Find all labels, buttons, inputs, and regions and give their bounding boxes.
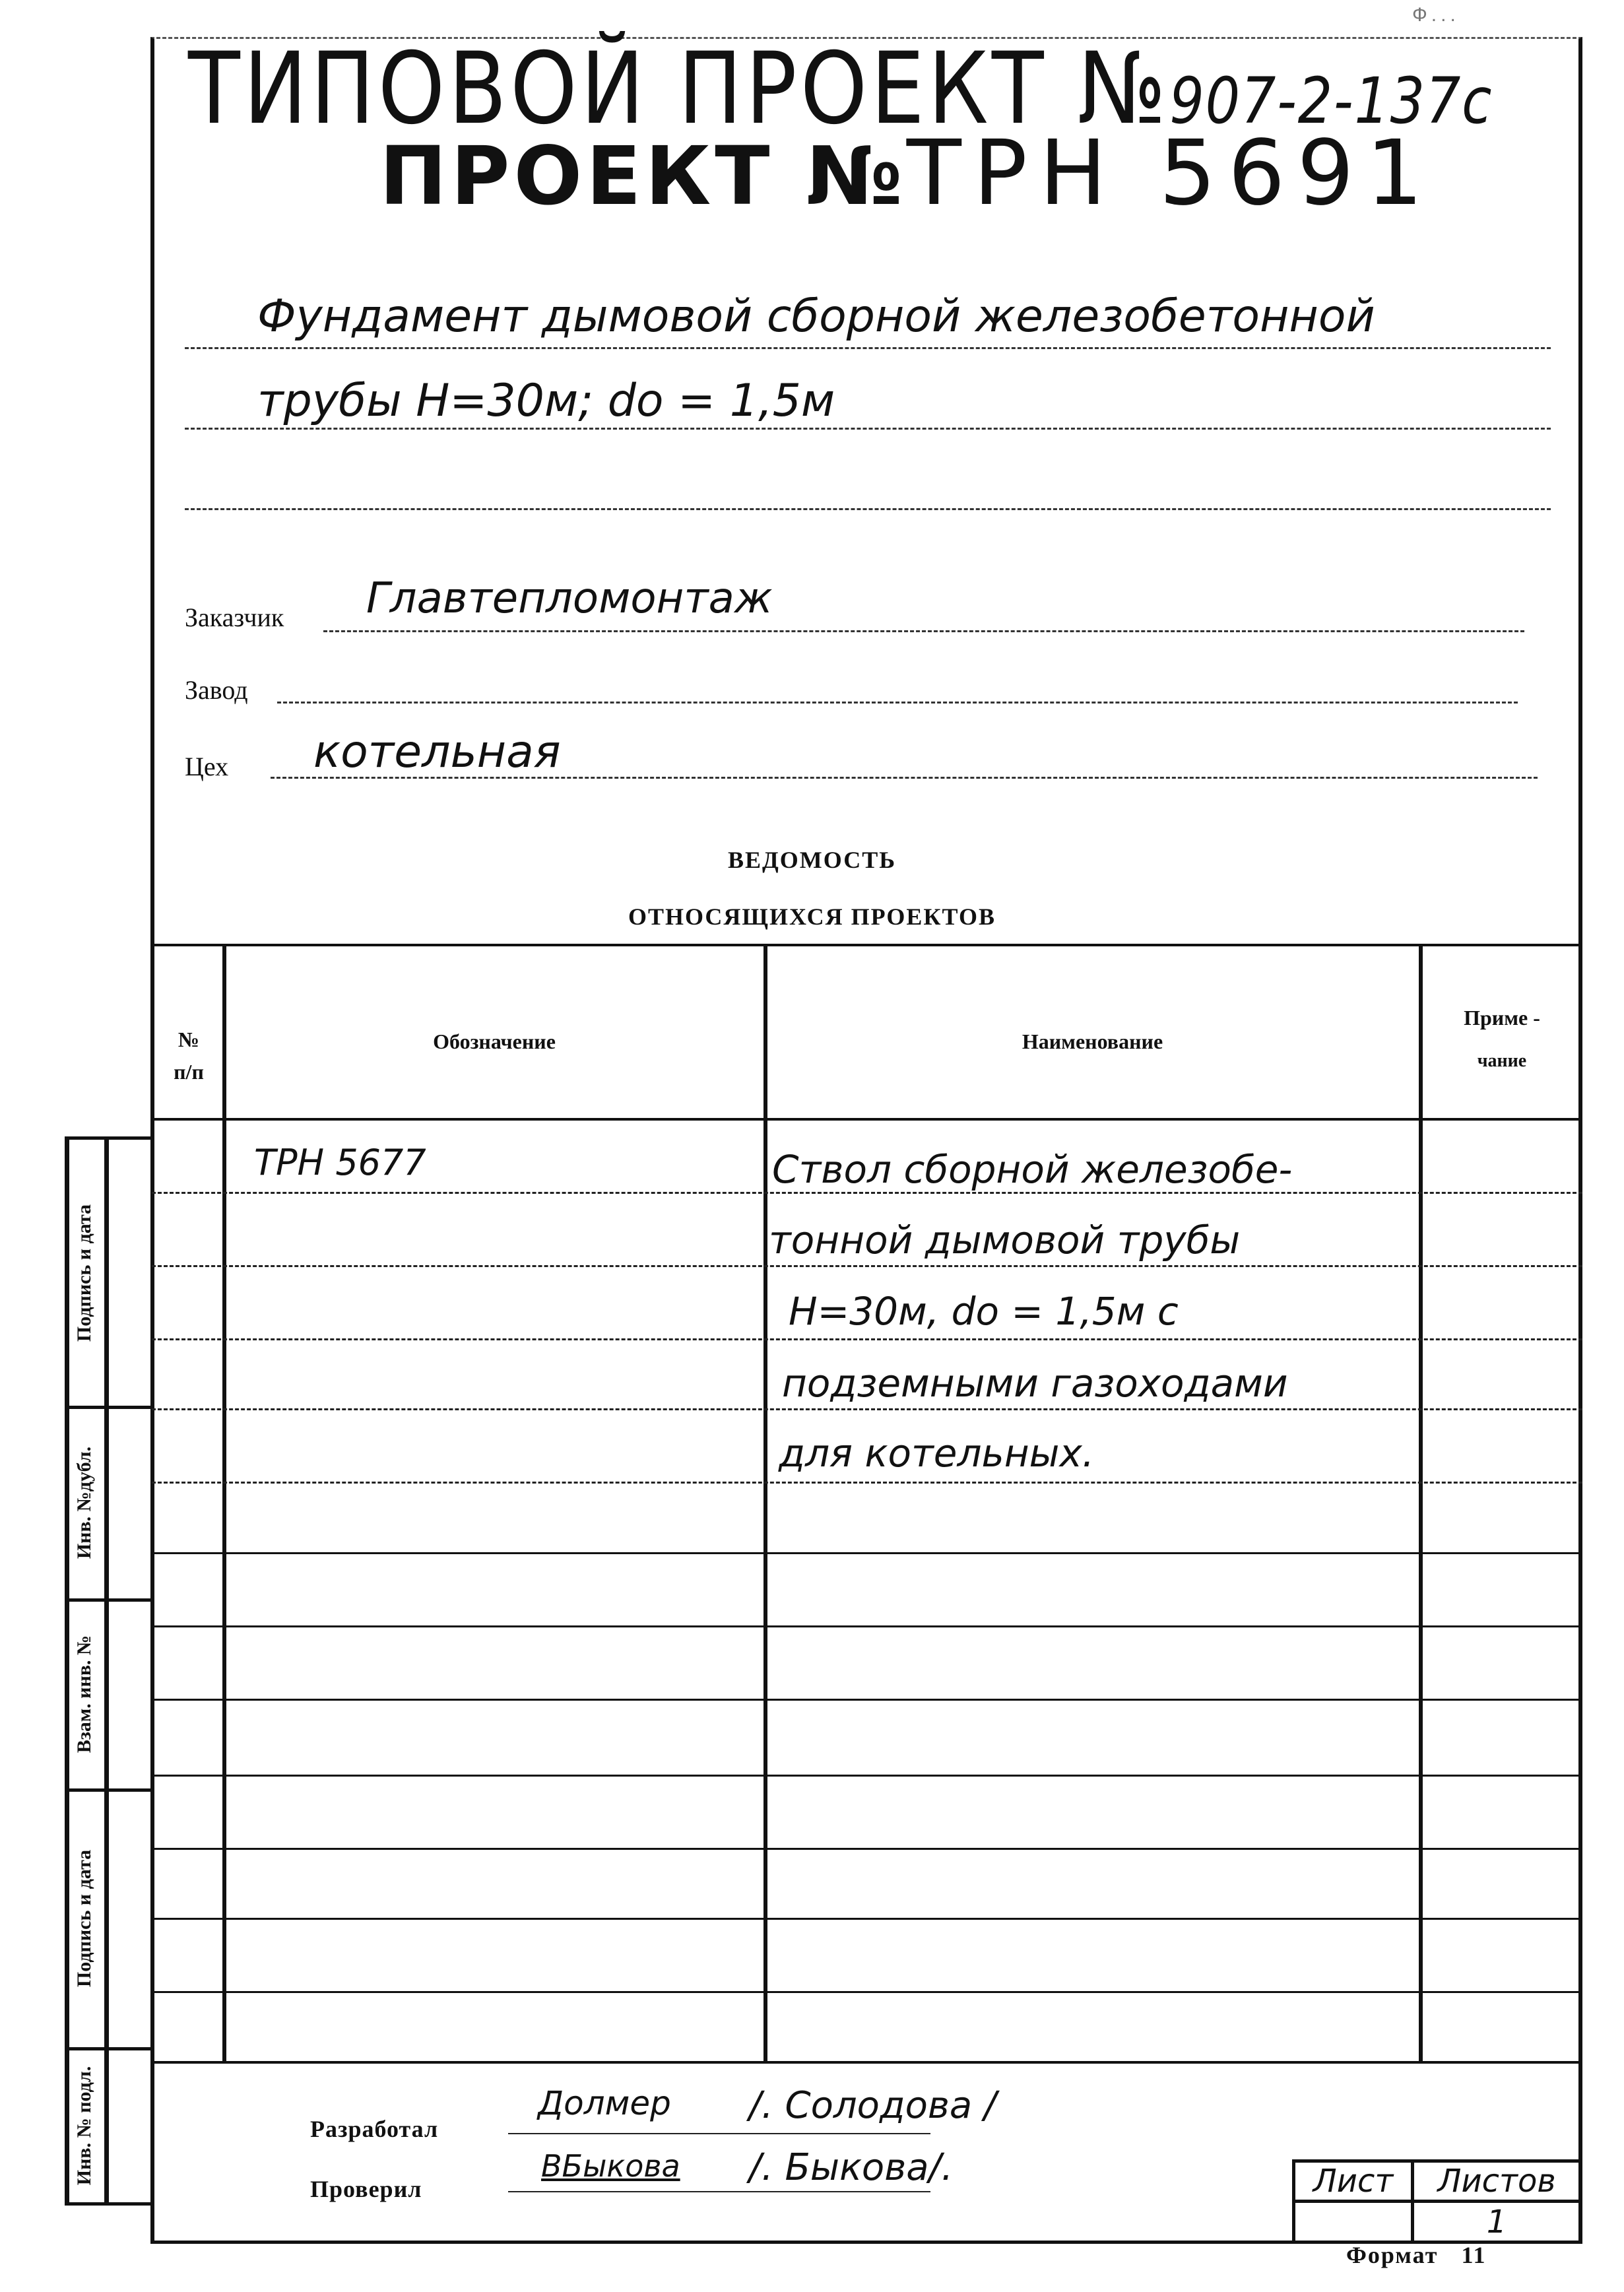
project-number: ТРН 5691 xyxy=(907,121,1435,226)
table-col-divider-1 xyxy=(222,944,226,2062)
developed-by-label: Разработал xyxy=(310,2115,438,2143)
sheets-value: 1 xyxy=(1411,2200,1582,2244)
checked-by-name: /. Быкова/. xyxy=(749,2146,953,2189)
register-title-line1: ВЕДОМОСТЬ xyxy=(0,846,1624,874)
row-line xyxy=(152,1848,1582,1850)
stamp-label-signature-date-2: Подпись и дата xyxy=(73,1786,96,2050)
approval-stamp-strip: Подпись и дата Инв. №дубл. Взам. инв. № … xyxy=(65,1136,152,2206)
object-title-line1: Фундамент дымовой сборной железобетонной xyxy=(257,290,1375,343)
table-header-bottom-border xyxy=(152,1118,1582,1121)
row-line xyxy=(152,1775,1582,1777)
customer-rule xyxy=(323,630,1524,632)
checked-by-label: Проверил xyxy=(310,2175,422,2203)
row-line xyxy=(152,1552,1582,1554)
row-name-line4: подземными газоходами xyxy=(782,1361,1288,1406)
row-name-line2: тонной дымовой трубы xyxy=(769,1218,1240,1262)
developed-by-rule xyxy=(508,2133,930,2134)
stamp-inner-border xyxy=(104,1136,109,2206)
project-label: ПРОЕКТ № xyxy=(379,129,907,223)
object-title-rule-1 xyxy=(185,347,1551,349)
object-title-rule-3 xyxy=(185,508,1551,510)
stamp-label-original-inv: Инв. № подл. xyxy=(73,2046,96,2205)
col-header-name: Наименование xyxy=(767,1022,1417,1062)
row-line xyxy=(152,1625,1582,1627)
row-line xyxy=(152,1265,1582,1267)
row-line xyxy=(152,1408,1582,1410)
developed-by-signature: Долмер xyxy=(538,2084,671,2122)
drawing-frame xyxy=(150,37,1582,2244)
row-name-line3: H=30м, do = 1,5м с xyxy=(789,1289,1179,1334)
col-header-note: Приме - чание xyxy=(1423,998,1581,1078)
stamp-label-replace-inv: Взам. инв. № xyxy=(73,1602,96,1786)
corner-note: Ф... xyxy=(1412,4,1460,26)
checked-by-rule xyxy=(508,2191,930,2192)
col-header-note-line2: чание xyxy=(1423,1043,1581,1078)
sheet-value xyxy=(1292,2200,1414,2244)
row-line xyxy=(152,1192,1582,1194)
plant-rule xyxy=(277,702,1518,704)
col-header-note-line1: Приме - xyxy=(1423,998,1581,1038)
format-value: 11 xyxy=(1461,2242,1486,2268)
developed-by-name: /. Солодова / xyxy=(749,2084,996,2127)
row-line xyxy=(152,1991,1582,1993)
sheet-info-box: Лист Листов 1 xyxy=(1292,2159,1582,2244)
table-col-divider-3 xyxy=(1419,944,1423,2062)
object-title-line2: трубы H=30м; do = 1,5м xyxy=(257,375,835,427)
row-line xyxy=(152,1699,1582,1701)
sheet-label: Лист xyxy=(1292,2159,1414,2203)
row-line xyxy=(152,1338,1582,1340)
plant-label: Завод xyxy=(185,674,248,705)
table-top-border xyxy=(152,944,1582,946)
format-label-text: Формат xyxy=(1346,2242,1438,2268)
col-header-num-line2: п/п xyxy=(156,1052,222,1092)
stamp-outer-border xyxy=(65,1136,69,2206)
stamp-label-dup-inv: Инв. №дубл. xyxy=(73,1410,96,1595)
shop-value: котельная xyxy=(313,726,561,778)
format-label: Формат 11 xyxy=(1346,2241,1486,2269)
stamp-divider xyxy=(65,1406,152,1409)
stamp-top-border xyxy=(65,1136,152,1140)
row-name-line1: Ствол сборной железобе- xyxy=(772,1147,1292,1192)
table-bottom-border xyxy=(152,2061,1582,2064)
table-col-divider-2 xyxy=(763,944,767,2062)
row-line xyxy=(152,1482,1582,1484)
customer-value: Главтепломонтаж xyxy=(366,574,773,623)
stamp-label-signature-date-1: Подпись и дата xyxy=(73,1141,96,1405)
object-title-rule-2 xyxy=(185,428,1551,430)
row-line xyxy=(152,1918,1582,1920)
customer-label: Заказчик xyxy=(185,602,284,633)
shop-rule xyxy=(271,777,1538,779)
sheets-label: Листов xyxy=(1411,2159,1582,2203)
project-heading: ПРОЕКТ №ТРН 5691 xyxy=(379,129,1435,218)
register-title-line2: ОТНОСЯЩИХСЯ ПРОЕКТОВ xyxy=(0,903,1624,931)
checked-by-signature: ВБыкова xyxy=(541,2148,680,2184)
row-designation: ТРН 5677 xyxy=(254,1142,426,1183)
col-header-num: № п/п xyxy=(156,1020,222,1092)
row-name-line5: для котельных. xyxy=(779,1431,1094,1476)
shop-label: Цех xyxy=(185,751,228,782)
col-header-designation: Обозначение xyxy=(226,1022,762,1062)
